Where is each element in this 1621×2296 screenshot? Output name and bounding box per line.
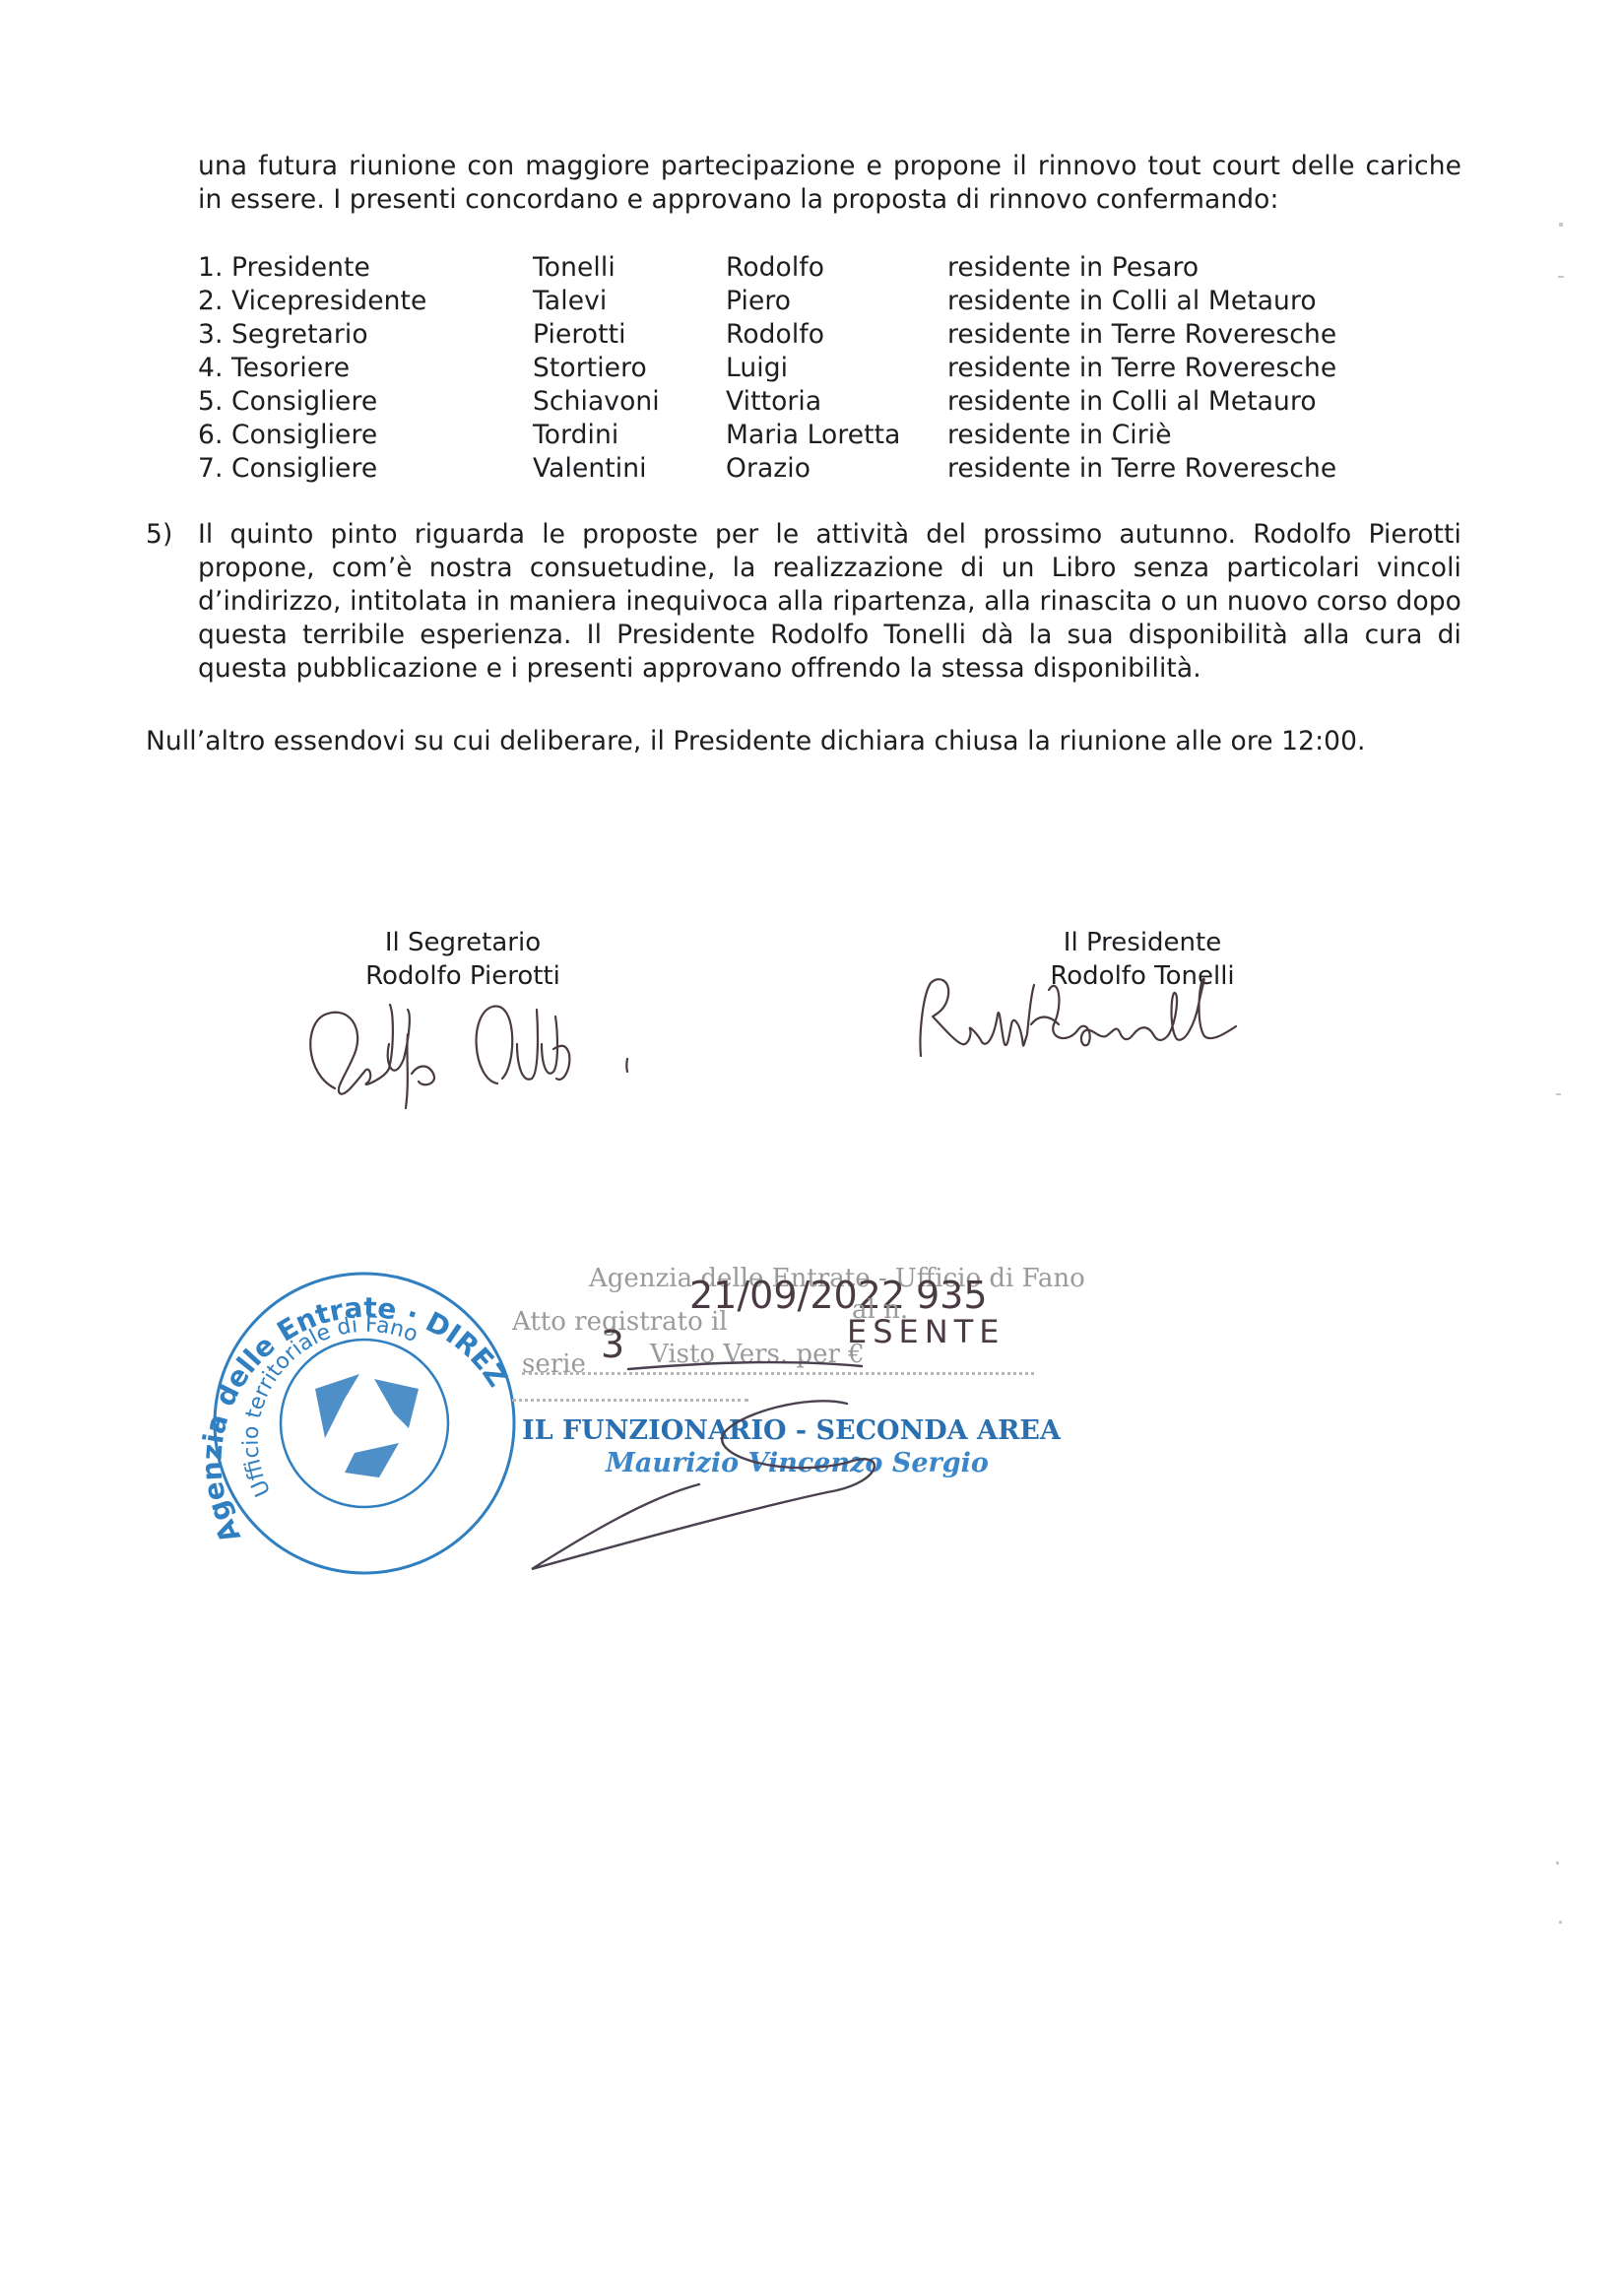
intro-paragraph: una futura riunione con maggiore parteci… [198,150,1461,217]
scan-speck [1559,223,1563,227]
intro-text: una futura riunione con maggiore parteci… [198,150,1461,217]
officer-surname: Pierotti [533,318,626,352]
officer-role: 4. Tesoriere [198,352,350,385]
president-title: Il Presidente [1000,926,1285,959]
svg-text:Agenzia delle Entrate · DIREZI: Agenzia delle Entrate · DIREZIONE PROVIN… [197,1241,514,1548]
scan-speck [1556,1862,1559,1865]
point-number: 5) [146,518,172,552]
agenda-point-5: 5) Il quinto pinto riguarda le proposte … [146,518,1461,686]
officer-role: 5. Consigliere [198,385,377,419]
registration-stamp: Agenzia delle Entrate - Ufficio di Fano … [512,1256,1103,1571]
officer-role: 7. Consigliere [198,452,377,486]
officer-residence: residente in Ciriè [947,419,1172,452]
officer-role: 3. Segretario [198,318,368,352]
officer-surname: Tordini [533,419,618,452]
officer-residence: residente in Terre Roveresche [947,318,1336,352]
scan-speck [1559,1921,1562,1924]
scan-speck [1558,276,1564,278]
agenzia-entrate-round-stamp: Agenzia delle Entrate · DIREZIONE PROVIN… [197,1241,532,1596]
point-text: Il quinto pinto riguarda le proposte per… [198,518,1461,686]
officer-surname: Schiavoni [533,385,660,419]
officer-residence: residente in Colli al Metauro [947,285,1317,318]
officer-name: Piero [726,285,791,318]
officer-name: Orazio [726,452,810,486]
closing-statement: Null’altro essendovi su cui deliberare, … [146,725,1366,758]
officer-residence: residente in Terre Roveresche [947,452,1336,486]
document-page: una futura riunione con maggiore parteci… [0,0,1621,2296]
officer-surname: Tonelli [533,251,616,285]
officer-role: 1. Presidente [198,251,370,285]
officer-name: Rodolfo [726,251,824,285]
stamp-outer-text: Agenzia delle Entrate · DIREZIONE PROVIN… [197,1241,514,1548]
secretary-handwritten-signature [295,985,709,1113]
officer-name: Rodolfo [726,318,824,352]
officer-role: 2. Vicepresidente [198,285,426,318]
secretary-signature-block: Il Segretario Rodolfo Pierotti [325,926,601,993]
officer-name: Vittoria [726,385,821,419]
officer-role: 6. Consigliere [198,419,377,452]
scan-speck [1556,1093,1561,1095]
officer-residence: residente in Colli al Metauro [947,385,1317,419]
officer-name: Luigi [726,352,788,385]
officer-name: Maria Loretta [726,419,900,452]
president-handwritten-signature [911,955,1325,1064]
agency-logo-icon [315,1374,419,1477]
officer-surname: Talevi [533,285,607,318]
officer-surname: Valentini [533,452,647,486]
secretary-title: Il Segretario [325,926,601,959]
official-handwritten-signature [512,1256,1103,1571]
officer-residence: residente in Terre Roveresche [947,352,1336,385]
officer-residence: residente in Pesaro [947,251,1199,285]
officer-surname: Stortiero [533,352,647,385]
